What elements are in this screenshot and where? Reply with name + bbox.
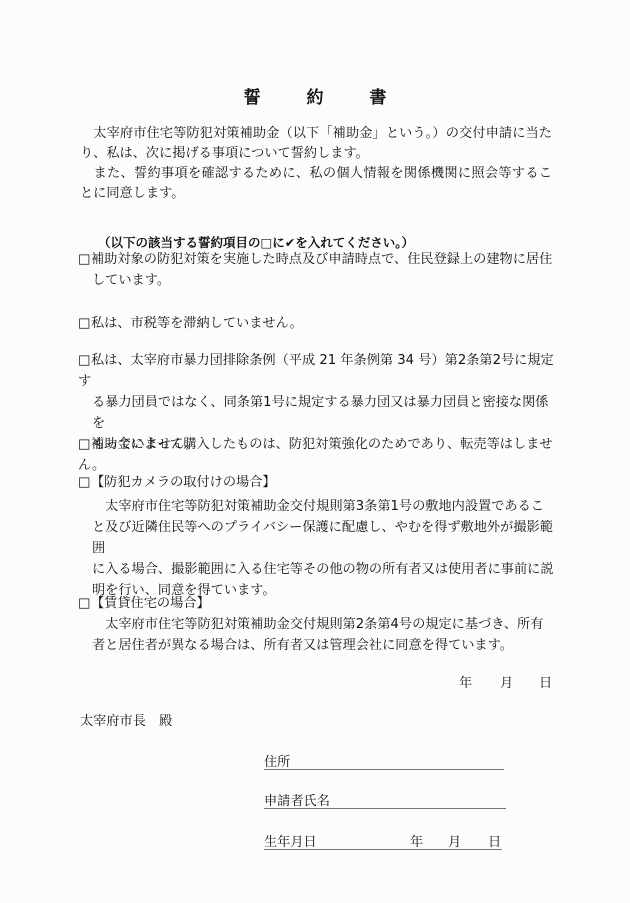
applicant-name-label: 申請者氏名 xyxy=(264,794,330,809)
checkbox[interactable]: □ xyxy=(78,313,91,334)
birthdate-field[interactable]: 生年月日 年 月 日 xyxy=(264,831,502,850)
pledge-text: と及び近隣住民等へのプライバシー保護に配慮し、やむを得ず敷地外が撮影範囲 xyxy=(78,517,554,559)
pledge-text: 私は、太宰府市暴力団排除条例（平成 21 年条例第 34 号）第2条第2号に規定… xyxy=(78,353,554,389)
checkbox[interactable]: □ xyxy=(78,249,91,270)
address-label: 住所 xyxy=(264,755,290,770)
birth-day-label: 日 xyxy=(488,831,501,850)
title-char: 書 xyxy=(369,83,386,108)
pledge-text: 補助金によって購入したものは、防犯対策強化のためであり、転売等はしません。 xyxy=(78,437,553,473)
address-field[interactable]: 住所 xyxy=(264,751,504,770)
pledge-text: る暴力団員ではなく、同条第1号に規定する暴力団又は暴力団員と密接な関係を xyxy=(78,392,554,434)
document-title: 誓 約 書 xyxy=(0,83,630,108)
addressee: 太宰府市長 殿 xyxy=(80,710,172,729)
pledge-item-residence: □補助対象の防犯対策を実施した時点及び申請時点で、住民登録上の建物に居住 してい… xyxy=(78,249,554,291)
pledge-item-tax: □私は、市税等を滞納していません。 xyxy=(78,313,554,334)
pledge-item-rental: □【賃貸住宅の場合】 太宰府市住宅等防犯対策補助金交付規則第2条第4号の規定に基… xyxy=(78,593,554,656)
pledge-text: 私は、市税等を滞納していません。 xyxy=(91,316,303,331)
title-char: 約 xyxy=(307,83,324,108)
pledge-text: しています。 xyxy=(78,270,554,291)
birth-year-label: 年 xyxy=(410,831,423,850)
pledge-text: 補助対象の防犯対策を実施した時点及び申請時点で、住民登録上の建物に居住 xyxy=(91,252,552,267)
date-day: 日 xyxy=(539,672,552,691)
pledge-heading: 【賃貸住宅の場合】 xyxy=(91,596,210,611)
pledge-item-resale: □補助金によって購入したものは、防犯対策強化のためであり、転売等はしません。 xyxy=(78,434,554,476)
checkbox[interactable]: □ xyxy=(78,350,91,371)
pledge-text: 者と居住者が異なる場合は、所有者又は管理会社に同意を得ています。 xyxy=(78,635,554,656)
intro-paragraph-1: 太宰府市住宅等防犯対策補助金（以下「補助金」という。）の交付申請に当たり、私は、… xyxy=(80,124,552,164)
checkbox[interactable]: □ xyxy=(78,434,91,455)
birth-month-label: 月 xyxy=(448,831,461,850)
applicant-name-field[interactable]: 申請者氏名 xyxy=(264,790,506,809)
pledge-text: 太宰府市住宅等防犯対策補助金交付規則第2条第4号の規定に基づき、所有 xyxy=(78,614,554,635)
pledge-item-camera: □【防犯カメラの取付けの場合】 太宰府市住宅等防犯対策補助金交付規則第3条第1号… xyxy=(78,472,554,601)
title-char: 誓 xyxy=(244,83,261,108)
checkbox[interactable]: □ xyxy=(78,593,91,614)
pledge-heading: 【防犯カメラの取付けの場合】 xyxy=(91,475,276,490)
birthdate-label: 生年月日 xyxy=(264,835,317,850)
intro-paragraph-2: また、誓約事項を確認するために、私の個人情報を関係機関に照会等することに同意しま… xyxy=(80,164,552,204)
date-month: 月 xyxy=(500,672,513,691)
pledge-text: に入る場合、撮影範囲に入る住宅等その他の物の所有者又は使用者に事前に説 xyxy=(78,559,554,580)
pledge-text: 太宰府市住宅等防犯対策補助金交付規則第3条第1号の敷地内設置であるこ xyxy=(78,496,554,517)
checkbox[interactable]: □ xyxy=(78,472,91,493)
date-year: 年 xyxy=(459,672,472,691)
